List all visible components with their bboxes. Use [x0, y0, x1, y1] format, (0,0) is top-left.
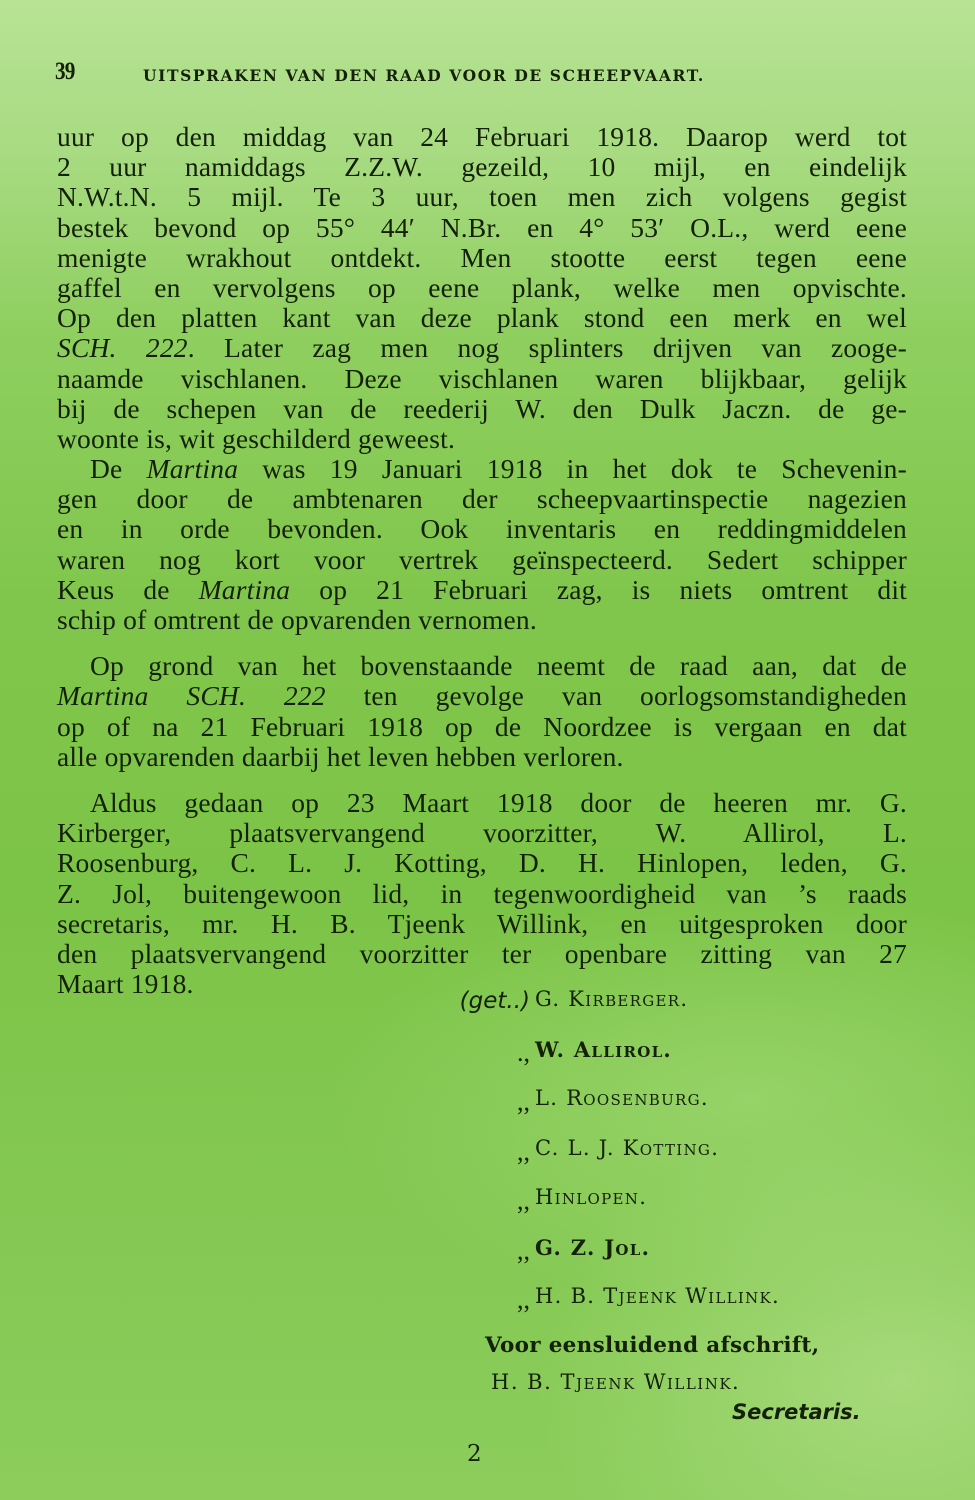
signature-row: ,, H. B. Tjeenk Willink.	[420, 1279, 920, 1329]
signature-row: ,, Hinlopen.	[420, 1180, 920, 1230]
text-line: Op grond van het bovenstaande neemt de r…	[57, 651, 907, 681]
text-line: Martina SCH. 222 ten gevolge van oorlogs…	[57, 681, 907, 711]
text-line: gen door de ambtenaren der scheepvaartin…	[57, 484, 907, 514]
signatory-name: G. Z. Jol.	[535, 1235, 650, 1260]
text-line: SCH. 222. Later zag men nog splinters dr…	[57, 333, 907, 363]
text-line: bij de schepen van de reederij W. den Du…	[57, 394, 907, 424]
ship-name: Martina	[199, 574, 291, 605]
text-line: waren nog kort voor vertrek geïnspecteer…	[57, 545, 907, 575]
text-line: Roosenburg, C. L. J. Kotting, D. H. Hinl…	[57, 848, 907, 878]
secretary-title: Secretaris.	[732, 1400, 925, 1424]
signatory-name: Hinlopen.	[535, 1185, 647, 1209]
ditto-mark: ,,	[420, 1236, 530, 1266]
signed-prefix: (get..)	[420, 988, 530, 1014]
ditto-mark: ,,	[420, 1087, 530, 1117]
text-line: 2 uur namiddags Z.Z.W. gezeild, 10 mijl,…	[57, 152, 907, 182]
signature-list: (get..) G. Kirberger. ., W. Allirol. ,, …	[420, 982, 920, 1329]
signature-row: ,, C. L. J. Kotting.	[420, 1131, 920, 1181]
text-line: naamde vischlanen. Deze vischlanen waren…	[57, 364, 907, 394]
text-line: N.W.t.N. 5 mijl. Te 3 uur, toen men zich…	[57, 182, 907, 212]
text-line: woonte is, wit geschilderd geweest.	[57, 424, 907, 454]
text-line: schip of omtrent de opvarenden vernomen.	[57, 605, 907, 635]
text-line: bestek bevond op 55° 44′ N.Br. en 4° 53′…	[57, 213, 907, 243]
text-line: uur op den middag van 24 Februari 1918. …	[57, 122, 907, 152]
text-line: De Martina was 19 Januari 1918 in het do…	[57, 454, 907, 484]
signatory-name: W. Allirol.	[535, 1037, 672, 1062]
attestation-statement: Voor eensluidend afschrift,	[485, 1333, 925, 1358]
text-line: Z. Jol, buitengewoon lid, in tegenwoordi…	[57, 879, 907, 909]
ditto-mark: ,,	[420, 1137, 530, 1167]
text-line: en in orde bevonden. Ook inventaris en r…	[57, 514, 907, 544]
text-line: den plaatsvervangend voorzitter ter open…	[57, 939, 907, 969]
text-line: Op den platten kant van deze plank stond…	[57, 303, 907, 333]
ditto-mark: .,	[420, 1038, 530, 1068]
ditto-mark: ,,	[420, 1186, 530, 1216]
page-header: 39 UITSPRAKEN VAN DEN RAAD VOOR DE SCHEE…	[55, 58, 915, 88]
paragraph-1: uur op den middag van 24 Februari 1918. …	[57, 122, 907, 454]
text-line: menigte wrakhout ontdekt. Men stootte ee…	[57, 243, 907, 273]
ship-name: Martina	[147, 453, 239, 484]
text-line: secretaris, mr. H. B. Tjeenk Willink, en…	[57, 909, 907, 939]
signature-row: ,, L. Roosenburg.	[420, 1081, 920, 1131]
paragraph-2: De Martina was 19 Januari 1918 in het do…	[57, 454, 907, 635]
text-line: op of na 21 Februari 1918 op de Noordzee…	[57, 712, 907, 742]
signatory-name: C. L. J. Kotting.	[535, 1136, 719, 1160]
text-line: Kirberger, plaatsvervangend voorzitter, …	[57, 818, 907, 848]
ditto-mark: ,,	[420, 1285, 530, 1315]
text-line: gaffel en vervolgens op eene plank, welk…	[57, 273, 907, 303]
paragraph-gap	[57, 635, 907, 651]
paragraph-4: Aldus gedaan op 23 Maart 1918 door de he…	[57, 788, 907, 999]
paragraph-gap	[57, 772, 907, 788]
body-text: uur op den middag van 24 Februari 1918. …	[57, 122, 907, 999]
secretary-name: H. B. Tjeenk Willink.	[491, 1370, 925, 1394]
signature-row: ., W. Allirol.	[420, 1032, 920, 1082]
text-line: Aldus gedaan op 23 Maart 1918 door de he…	[57, 788, 907, 818]
signatory-name: L. Roosenburg.	[535, 1086, 709, 1110]
text-line: Keus de Martina op 21 Februari zag, is n…	[57, 575, 907, 605]
ship-mark: SCH. 222	[57, 332, 188, 363]
document-page: 39 UITSPRAKEN VAN DEN RAAD VOOR DE SCHEE…	[0, 0, 975, 1500]
signature-row: ,, G. Z. Jol.	[420, 1230, 920, 1280]
printer-signature-mark: 2	[467, 1441, 482, 1467]
signature-row: (get..) G. Kirberger.	[420, 982, 920, 1032]
signatory-name: H. B. Tjeenk Willink.	[535, 1284, 780, 1308]
running-head: UITSPRAKEN VAN DEN RAAD VOOR DE SCHEEPVA…	[143, 66, 705, 85]
text-line: alle opvarenden daarbij het leven hebben…	[57, 742, 907, 772]
attestation-block: Voor eensluidend afschrift, H. B. Tjeenk…	[485, 1333, 925, 1424]
signatory-name: G. Kirberger.	[535, 987, 688, 1011]
page-number: 39	[55, 58, 75, 86]
ship-name: Martina SCH. 222	[57, 680, 326, 711]
paragraph-3: Op grond van het bovenstaande neemt de r…	[57, 651, 907, 772]
